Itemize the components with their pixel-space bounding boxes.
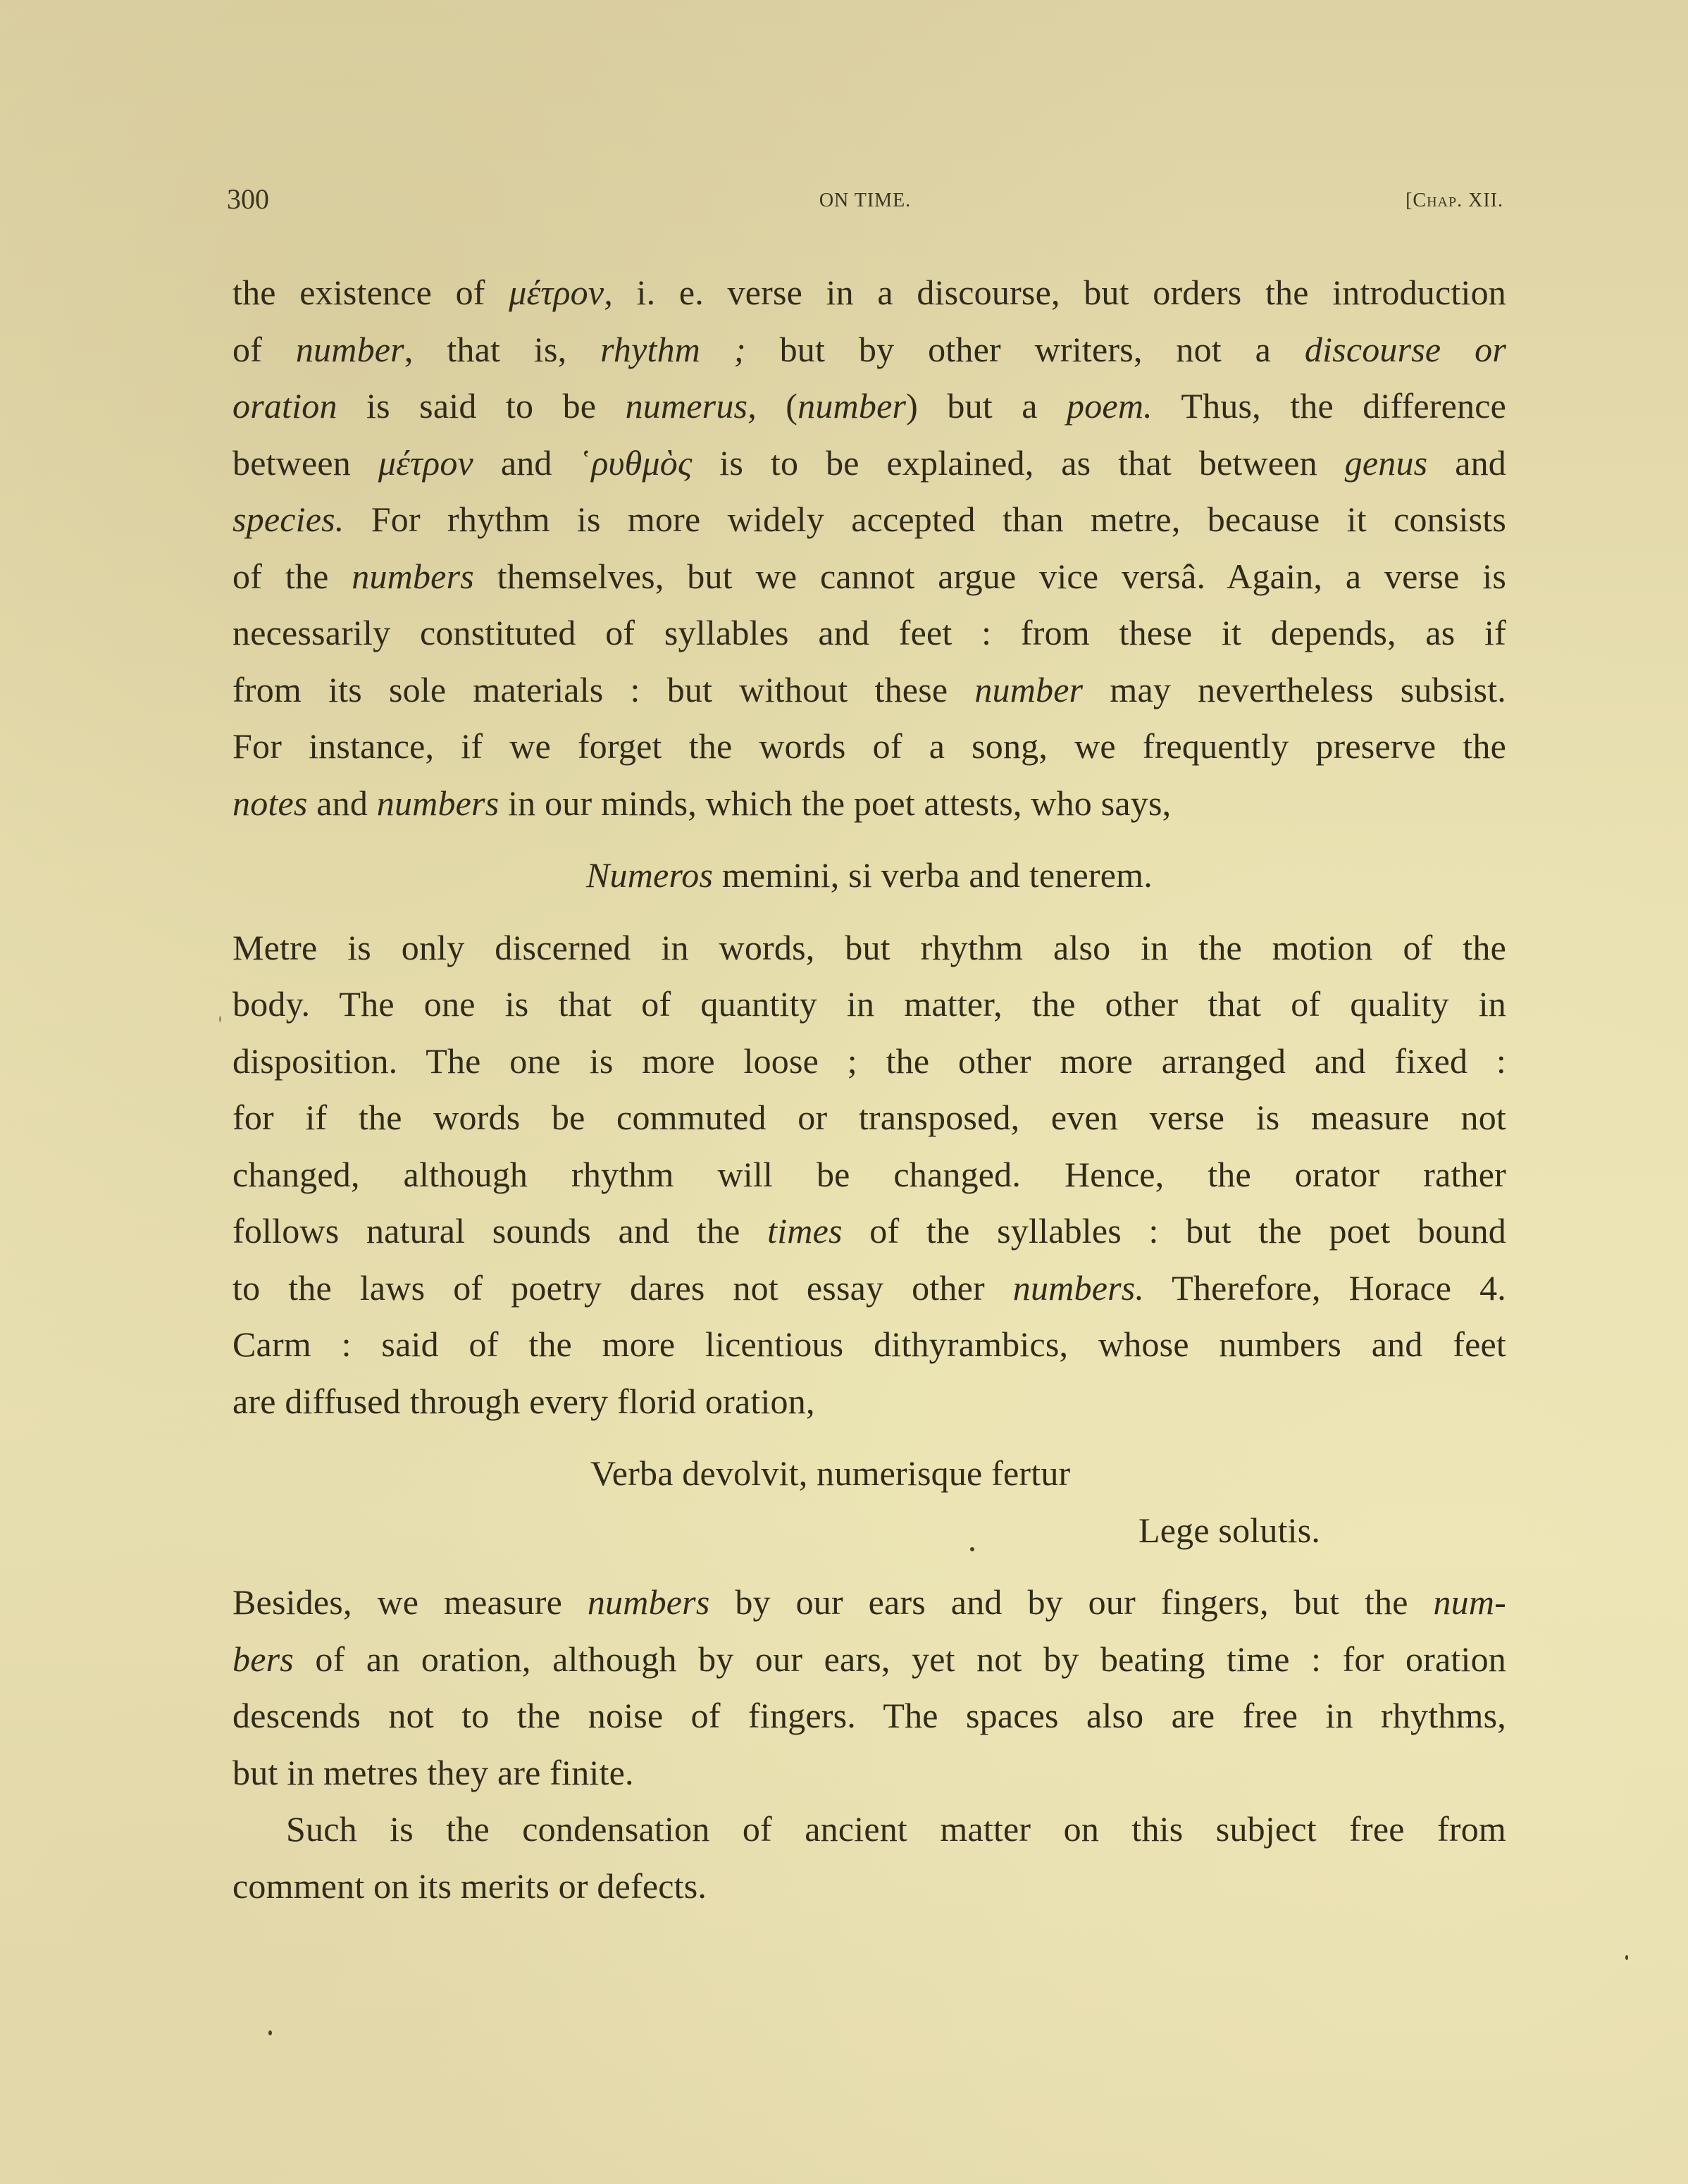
italic-text: oration (232, 386, 337, 426)
text-line: oration is said to be numerus, (number) … (232, 378, 1506, 435)
text-run: For rhythm is more widely accepted than … (345, 500, 1507, 539)
text-run: for if the words be commuted or transpos… (232, 1098, 1506, 1137)
text-run: memini, si verba and tenerem. (713, 855, 1153, 895)
italic-text: numerus, (626, 386, 757, 426)
italic-text: numbers (588, 1582, 710, 1622)
text-line: descends not to the noise of fingers. Th… (232, 1687, 1506, 1744)
text-run: ) but a (906, 386, 1067, 426)
italic-text: notes (232, 783, 308, 823)
scan-speck (268, 2030, 272, 2035)
italic-text: number (798, 386, 906, 426)
italic-text: number (296, 330, 404, 369)
text-run: are diffused through every florid oratio… (232, 1382, 815, 1421)
running-head: 300 ON TIME. [Chap. XII. (227, 182, 1503, 217)
text-run: comment on its merits or defects. (232, 1866, 707, 1906)
italic-text: species. (232, 500, 345, 539)
italic-text: times (767, 1211, 843, 1251)
text-line: Carm : said of the more licentious dithy… (232, 1316, 1506, 1373)
italic-text: numbers. (1013, 1268, 1144, 1308)
scan-speck (970, 1547, 974, 1551)
text-line: follows natural sounds and the times of … (232, 1203, 1506, 1260)
text-run: descends not to the noise of fingers. Th… (232, 1696, 1506, 1735)
italic-text: μέτρον (378, 443, 473, 483)
italic-text: genus (1345, 443, 1428, 483)
italic-text: rhythm ; (600, 330, 746, 369)
italic-text: poem. (1067, 386, 1153, 426)
text-run: Such is the condensation of ancient matt… (286, 1809, 1506, 1849)
text-run: body. The one is that of quantity in mat… (232, 984, 1506, 1024)
running-title: ON TIME. (227, 183, 1503, 218)
text-line: are diffused through every florid oratio… (232, 1373, 1506, 1430)
italic-text: ῾ρυθμὸς (579, 443, 692, 483)
text-line: of number, that is, rhythm ; but by othe… (232, 321, 1506, 378)
text-run: ( (757, 386, 798, 426)
text-run: and (308, 783, 377, 823)
text-run: Therefore, Horace 4. (1144, 1268, 1506, 1308)
text-line: to the laws of poetry dares not essay ot… (232, 1260, 1506, 1317)
text-line: the existence of μέτρον, i. e. verse in … (232, 264, 1506, 321)
text-run: and (473, 443, 580, 483)
italic-text: numbers (377, 783, 499, 823)
italic-text: μέτρον, (509, 273, 613, 312)
text-line: of the numbers themselves, but we cannot… (232, 548, 1506, 605)
text-run: in our minds, which the poet attests, wh… (499, 783, 1171, 823)
text-line: notes and numbers in our minds, which th… (232, 775, 1506, 832)
text-line: but in metres they are finite. (232, 1744, 1506, 1801)
text-run: Carm : said of the more licentious dithy… (232, 1324, 1506, 1364)
text-run: by our ears and by our fingers, but the (709, 1582, 1433, 1622)
text-line: between μέτρον and ῾ρυθμὸς is to be expl… (232, 435, 1506, 492)
scan-speck (219, 1016, 221, 1022)
paragraph-2: Metre is only discerned in words, but rh… (232, 919, 1506, 1430)
text-line: body. The one is that of quantity in mat… (232, 976, 1506, 1033)
text-line: disposition. The one is more loose ; the… (232, 1033, 1506, 1090)
text-run: may nevertheless subsist. (1083, 670, 1506, 709)
text-run: Metre is only discerned in words, but rh… (232, 928, 1506, 967)
chapter-label: [Chap. XII. (1405, 183, 1503, 218)
text-line: from its sole materials : but without th… (232, 662, 1506, 719)
text-run: but by other writers, not a (746, 330, 1305, 369)
text-line: Such is the condensation of ancient matt… (232, 1801, 1506, 1858)
text-run: of the syllables : but the poet bound (843, 1211, 1506, 1251)
text-line: Metre is only discerned in words, but rh… (232, 919, 1506, 976)
text-line: bers of an oration, although by our ears… (232, 1631, 1506, 1688)
text-run: between (232, 443, 378, 483)
text-run: disposition. The one is more loose ; the… (232, 1041, 1506, 1081)
text-run: For instance, if we forget the words of … (232, 726, 1506, 766)
text-run: changed, although rhythm will be changed… (232, 1155, 1506, 1194)
text-line: For instance, if we forget the words of … (232, 718, 1506, 775)
text-run: the existence of (232, 273, 509, 312)
text-run: of (232, 330, 296, 369)
text-run: is said to be (337, 386, 626, 426)
text-run: is to be explained, as that between (692, 443, 1344, 483)
text-line: Besides, we measure numbers by our ears … (232, 1574, 1506, 1631)
paragraph-4: Such is the condensation of ancient matt… (232, 1801, 1506, 1914)
body-text: the existence of μέτρον, i. e. verse in … (232, 264, 1506, 1914)
text-run: follows natural sounds and the (232, 1211, 767, 1251)
italic-text: Numeros (586, 855, 713, 895)
paragraph-1: the existence of μέτρον, i. e. verse in … (232, 264, 1506, 831)
text-line: comment on its merits or defects. (232, 1858, 1506, 1915)
text-run: from its sole materials : but without th… (232, 670, 974, 709)
italic-text: discourse or (1305, 330, 1506, 369)
italic-text: num- (1433, 1582, 1506, 1622)
text-line: for if the words be commuted or transpos… (232, 1089, 1506, 1146)
text-run: but in metres they are finite. (232, 1753, 634, 1792)
verse-quote-2-line-2: Lege solutis. (232, 1502, 1506, 1559)
scan-speck (1625, 1955, 1628, 1960)
text-line: species. For rhythm is more widely accep… (232, 491, 1506, 548)
text-line: necessarily constituted of syllables and… (232, 604, 1506, 662)
italic-text: bers (232, 1639, 294, 1679)
text-run: i. e. verse in a discourse, but orders t… (613, 273, 1506, 312)
text-run: necessarily constituted of syllables and… (232, 613, 1506, 652)
text-run: Besides, we measure (232, 1582, 588, 1622)
text-run: of the (232, 557, 352, 596)
text-run: themselves, but we cannot argue vice ver… (474, 557, 1506, 596)
text-run: to the laws of poetry dares not essay ot… (232, 1268, 1013, 1308)
text-run: Thus, the difference (1153, 386, 1506, 426)
paragraph-3: Besides, we measure numbers by our ears … (232, 1574, 1506, 1801)
verse-quote-1: Numeros memini, si verba and tenerem. (232, 847, 1506, 904)
text-line: changed, although rhythm will be changed… (232, 1146, 1506, 1203)
text-run: and (1427, 443, 1506, 483)
text-run: , that is, (404, 330, 600, 369)
verse-quote-2-line-1: Verba devolvit, numerisque fertur (232, 1445, 1506, 1502)
text-run: of an oration, although by our ears, yet… (294, 1639, 1506, 1679)
italic-text: number (974, 670, 1083, 709)
italic-text: numbers (352, 557, 474, 596)
book-page: 300 ON TIME. [Chap. XII. the existence o… (0, 0, 1688, 2184)
